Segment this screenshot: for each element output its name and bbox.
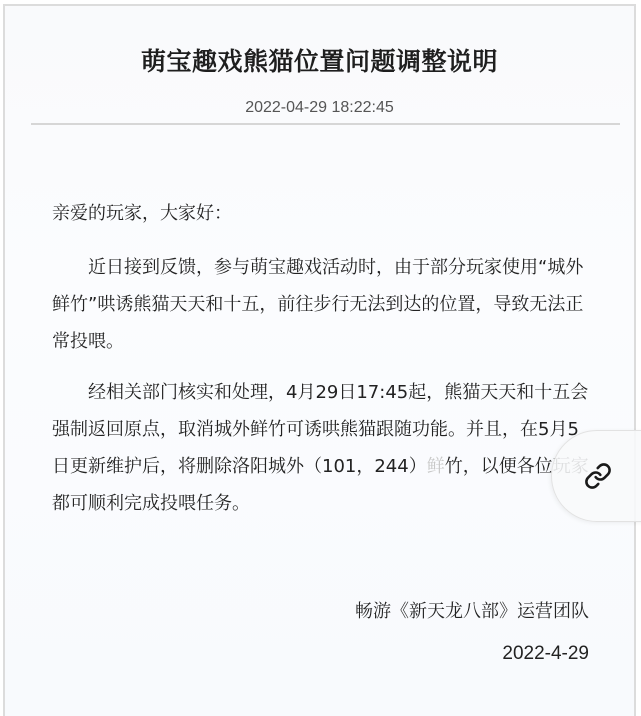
- paragraph-1: 近日接到反馈，参与萌宝趣戏活动时，由于部分玩家使用“城外鲜竹”哄诱熊猫天天和十五…: [52, 249, 592, 360]
- link-icon: [584, 462, 612, 490]
- article-timestamp: 2022-04-29 18:22:45: [5, 97, 634, 119]
- article-title: 萌宝趣戏熊猫位置问题调整说明: [5, 44, 634, 80]
- paragraph-2: 经相关部门核实和处理，4月29日17:45起，熊猫天天和十五会强制返回原点，取消…: [52, 374, 592, 522]
- paragraph-2-obscured-char: 鲜: [427, 456, 445, 477]
- title-divider: [31, 123, 620, 125]
- signature: 畅游《新天龙八部》运营团队: [355, 598, 589, 626]
- copy-link-button[interactable]: [551, 430, 641, 522]
- signature-date: 2022-4-29: [502, 640, 589, 668]
- greeting-text: 亲爱的玩家，大家好：: [52, 195, 592, 232]
